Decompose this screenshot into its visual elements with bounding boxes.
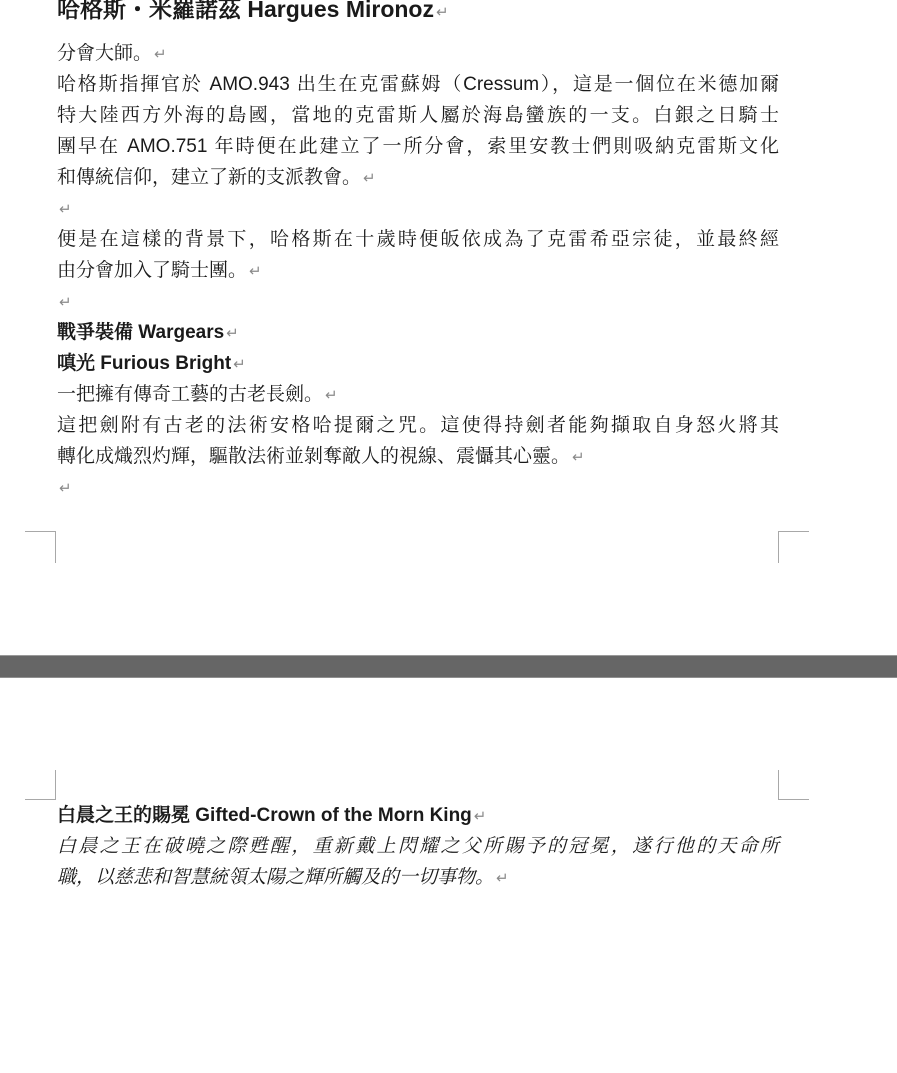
text-line[interactable]: 團早在 AMO.751 年時便在此建立了一所分會，索里安教士們則吸納克雷斯文化: [57, 131, 779, 162]
doc-title-line[interactable]: 哈格斯・米羅諾茲 Hargues Mironoz↵: [57, 0, 449, 26]
word-document-view[interactable]: 哈格斯・米羅諾茲 Hargues Mironoz↵ 分會大師。↵ 哈格斯指揮官於…: [0, 0, 897, 1073]
text-line[interactable]: 轉化成熾烈灼輝，驅散法術並剝奪敵人的視線、震懾其心靈。↵: [57, 441, 779, 472]
margin-corner-mark-top-left: [25, 770, 56, 800]
text-run: 一把擁有傳奇工藝的古老長劍。: [57, 384, 323, 405]
margin-corner-mark-top-right: [778, 770, 809, 800]
paragraph-mark: ↵: [474, 808, 487, 825]
empty-paragraph-line[interactable]: ↵: [57, 193, 779, 224]
text-run: 便是在這樣的背景下，哈格斯在十歲時便皈依成為了克雷希亞宗徒，並最終經: [57, 229, 779, 250]
empty-paragraph-line[interactable]: ↵: [57, 286, 779, 317]
margin-corner-mark-bottom-right: [778, 531, 809, 563]
text-line[interactable]: 哈格斯指揮官於 AMO.943 出生在克雷蘇姆（Cressum），這是一個位在米…: [57, 69, 779, 100]
text-run: 這把劍附有古老的法術安格哈提爾之咒。這使得持劍者能夠擷取自身怒火將其: [57, 415, 779, 436]
text-run: 轉化成熾烈灼輝，驅散法術並剝奪敵人的視線、震懾其心靈。: [57, 446, 570, 467]
page-separator: [0, 655, 897, 678]
text-line[interactable]: 職，以慈悲和智慧統領太陽之輝所觸及的一切事物。↵: [57, 862, 779, 893]
paragraph-mark: ↵: [572, 449, 585, 466]
paragraph-mark: ↵: [363, 170, 376, 187]
paragraph-mark: ↵: [249, 263, 262, 280]
text-run: 職，以慈悲和智慧統領太陽之輝所觸及的一切事物。: [57, 867, 494, 888]
text-line[interactable]: 這把劍附有古老的法術安格哈提爾之咒。這使得持劍者能夠擷取自身怒火將其: [57, 410, 779, 441]
text-run: 白晨之王在破曉之際甦醒，重新戴上閃耀之父所賜予的冠冕，遂行他的天命所: [57, 836, 779, 857]
heading-furious-bright[interactable]: 嗔光 Furious Bright↵: [57, 348, 779, 379]
empty-paragraph-line[interactable]: ↵: [57, 472, 779, 503]
heading-gifted-crown[interactable]: 白晨之王的賜冕 Gifted-Crown of the Morn King↵: [57, 800, 779, 831]
text-run: 嗔光 Furious Bright: [57, 353, 231, 374]
paragraph-mark: ↵: [59, 480, 72, 497]
doc-title-text: 哈格斯・米羅諾茲 Hargues Mironoz: [57, 0, 434, 22]
text-line[interactable]: 由分會加入了騎士團。↵: [57, 255, 779, 286]
text-line[interactable]: 和傳統信仰，建立了新的支派教會。↵: [57, 162, 779, 193]
text-line[interactable]: 便是在這樣的背景下，哈格斯在十歲時便皈依成為了克雷希亞宗徒，並最終經: [57, 224, 779, 255]
paragraph-mark: ↵: [59, 201, 72, 218]
text-run: 特大陸西方外海的島國，當地的克雷斯人屬於海島蠻族的一支。白銀之日騎士: [57, 105, 779, 126]
text-line[interactable]: 特大陸西方外海的島國，當地的克雷斯人屬於海島蠻族的一支。白銀之日騎士: [57, 100, 779, 131]
text-run: 團早在 AMO.751 年時便在此建立了一所分會，索里安教士們則吸納克雷斯文化: [57, 136, 779, 157]
text-run: 分會大師。: [57, 43, 152, 64]
paragraph-mark: ↵: [436, 4, 449, 21]
paragraph-mark: ↵: [233, 356, 246, 373]
text-run: 戰爭裝備 Wargears: [57, 322, 224, 343]
paragraph-mark: ↵: [59, 294, 72, 311]
text-line[interactable]: 白晨之王在破曉之際甦醒，重新戴上閃耀之父所賜予的冠冕，遂行他的天命所: [57, 831, 779, 862]
text-run: 哈格斯指揮官於 AMO.943 出生在克雷蘇姆（Cressum），這是一個位在米…: [57, 74, 779, 95]
heading-wargears[interactable]: 戰爭裝備 Wargears↵: [57, 317, 779, 348]
paragraph-mark: ↵: [154, 46, 167, 63]
paragraph-mark: ↵: [496, 870, 509, 887]
text-line[interactable]: 一把擁有傳奇工藝的古老長劍。↵: [57, 379, 779, 410]
text-run: 白晨之王的賜冕 Gifted-Crown of the Morn King: [57, 805, 472, 826]
text-run: 由分會加入了騎士團。: [57, 260, 247, 281]
margin-corner-mark-bottom-left: [25, 531, 56, 563]
text-run: 和傳統信仰，建立了新的支派教會。: [57, 167, 361, 188]
paragraph-mark: ↵: [325, 387, 338, 404]
paragraph-mark: ↵: [226, 325, 239, 342]
text-line[interactable]: 分會大師。↵: [57, 38, 779, 69]
